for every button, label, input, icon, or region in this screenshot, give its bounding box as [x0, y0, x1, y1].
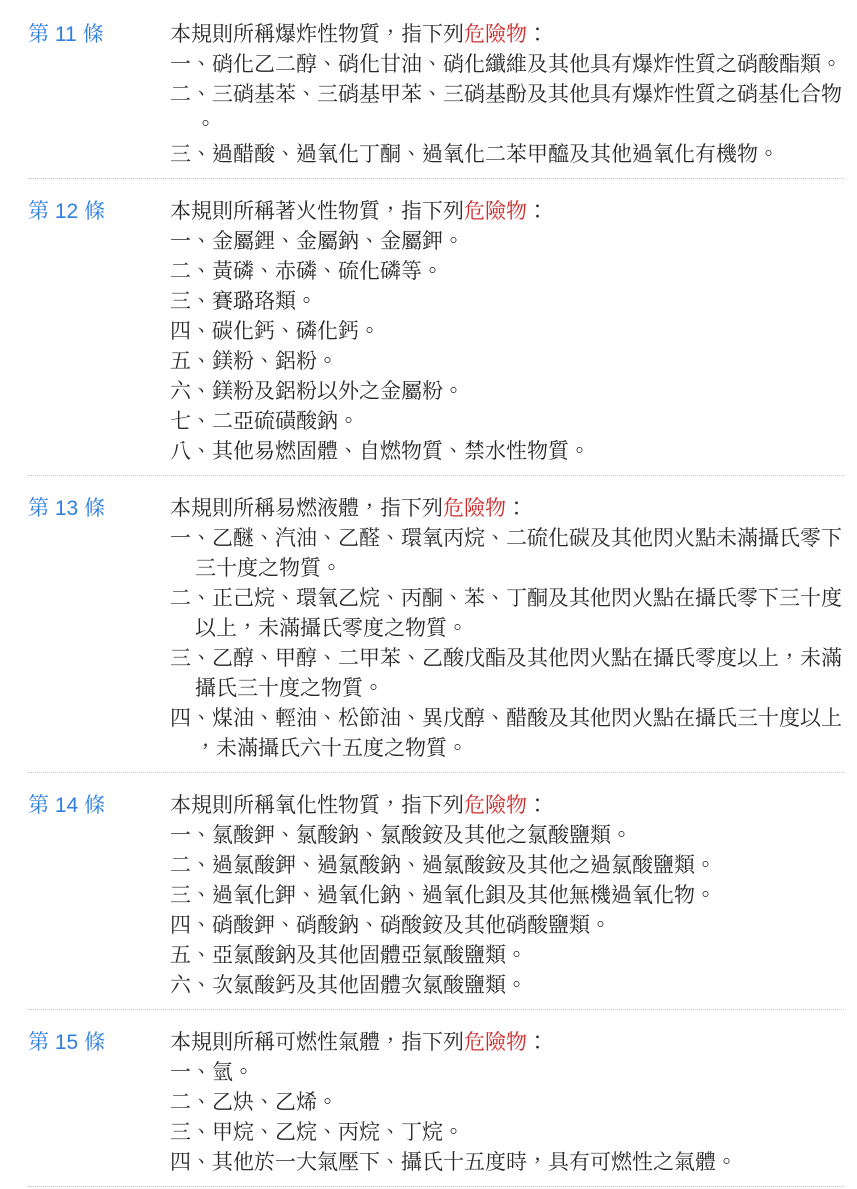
intro-suffix: ： [527, 794, 548, 817]
article-item: 三、甲烷、乙烷、丙烷、丁烷。 [170, 1118, 844, 1148]
article-row: 第 12 條 本規則所稱著火性物質，指下列危險物： 一、金屬鋰、金屬鈉、金屬鉀。… [28, 179, 844, 476]
article-intro: 本規則所稱可燃性氣體，指下列危險物： [170, 1028, 844, 1058]
article-intro: 本規則所稱著火性物質，指下列危險物： [170, 197, 844, 227]
article-item: 五、亞氯酸鈉及其他固體亞氯酸鹽類。 [170, 941, 844, 971]
article-intro: 本規則所稱易燃液體，指下列危險物： [170, 494, 844, 524]
article-item: 四、煤油、輕油、松節油、異戊醇、醋酸及其他閃火點在攝氏三十度以上 ，未滿攝氏六十… [170, 704, 844, 764]
article-item: 三、乙醇、甲醇、二甲苯、乙酸戊酯及其他閃火點在攝氏零度以上，未滿 攝氏三十度之物… [170, 644, 844, 704]
article-number-link[interactable]: 第 15 條 [28, 1028, 170, 1058]
article-items: 一、氯酸鉀、氯酸鈉、氯酸銨及其他之氯酸鹽類。二、過氯酸鉀、過氯酸鈉、過氯酸銨及其… [170, 821, 844, 1001]
article-number-link[interactable]: 第 11 條 [28, 20, 170, 50]
intro-suffix: ： [527, 1031, 548, 1054]
article-item: 三、過醋酸、過氧化丁酮、過氧化二苯甲醯及其他過氧化有機物。 [170, 140, 844, 170]
article-item: 二、黃磷、赤磷、硫化磷等。 [170, 257, 844, 287]
article-content: 本規則所稱可燃性氣體，指下列危險物： 一、氫。二、乙炔、乙烯。三、甲烷、乙烷、丙… [170, 1028, 844, 1178]
article-row: 第 14 條 本規則所稱氧化性物質，指下列危險物： 一、氯酸鉀、氯酸鈉、氯酸銨及… [28, 773, 844, 1010]
article-items: 一、乙醚、汽油、乙醛、環氧丙烷、二硫化碳及其他閃火點未滿攝氏零下 三十度之物質。… [170, 524, 844, 764]
article-item: 三、賽璐珞類。 [170, 287, 844, 317]
article-item: 七、二亞硫磺酸鈉。 [170, 407, 844, 437]
intro-suffix: ： [527, 200, 548, 223]
article-item: 三、過氧化鉀、過氧化鈉、過氧化鋇及其他無機過氧化物。 [170, 881, 844, 911]
intro-prefix: 本規則所稱氧化性物質，指下列 [170, 794, 464, 817]
article-intro: 本規則所稱爆炸性物質，指下列危險物： [170, 20, 844, 50]
intro-prefix: 本規則所稱著火性物質，指下列 [170, 200, 464, 223]
article-items: 一、氫。二、乙炔、乙烯。三、甲烷、乙烷、丙烷、丁烷。四、其他於一大氣壓下、攝氏十… [170, 1058, 844, 1178]
article-item: 八、其他易燃固體、自燃物質、禁水性物質。 [170, 437, 844, 467]
keyword-highlight: 危險物 [464, 23, 527, 46]
article-item: 六、次氯酸鈣及其他固體次氯酸鹽類。 [170, 971, 844, 1001]
article-item: 一、乙醚、汽油、乙醛、環氧丙烷、二硫化碳及其他閃火點未滿攝氏零下 三十度之物質。 [170, 524, 844, 584]
law-article-list: 第 11 條 本規則所稱爆炸性物質，指下列危險物： 一、硝化乙二醇、硝化甘油、硝… [0, 0, 857, 1187]
article-number-link[interactable]: 第 14 條 [28, 791, 170, 821]
intro-prefix: 本規則所稱易燃液體，指下列 [170, 497, 443, 520]
article-row: 第 15 條 本規則所稱可燃性氣體，指下列危險物： 一、氫。二、乙炔、乙烯。三、… [28, 1010, 844, 1187]
article-content: 本規則所稱易燃液體，指下列危險物： 一、乙醚、汽油、乙醛、環氧丙烷、二硫化碳及其… [170, 494, 844, 764]
article-item: 四、碳化鈣、磷化鈣。 [170, 317, 844, 347]
article-item: 六、鎂粉及鋁粉以外之金屬粉。 [170, 377, 844, 407]
article-item: 一、金屬鋰、金屬鈉、金屬鉀。 [170, 227, 844, 257]
article-content: 本規則所稱爆炸性物質，指下列危險物： 一、硝化乙二醇、硝化甘油、硝化纖維及其他具… [170, 20, 844, 170]
article-content: 本規則所稱著火性物質，指下列危險物： 一、金屬鋰、金屬鈉、金屬鉀。二、黃磷、赤磷… [170, 197, 844, 467]
article-content: 本規則所稱氧化性物質，指下列危險物： 一、氯酸鉀、氯酸鈉、氯酸銨及其他之氯酸鹽類… [170, 791, 844, 1001]
intro-prefix: 本規則所稱可燃性氣體，指下列 [170, 1031, 464, 1054]
article-item: 二、過氯酸鉀、過氯酸鈉、過氯酸銨及其他之過氯酸鹽類。 [170, 851, 844, 881]
keyword-highlight: 危險物 [443, 497, 506, 520]
article-items: 一、金屬鋰、金屬鈉、金屬鉀。二、黃磷、赤磷、硫化磷等。三、賽璐珞類。四、碳化鈣、… [170, 227, 844, 467]
intro-suffix: ： [527, 23, 548, 46]
article-item: 四、硝酸鉀、硝酸鈉、硝酸銨及其他硝酸鹽類。 [170, 911, 844, 941]
article-row: 第 11 條 本規則所稱爆炸性物質，指下列危險物： 一、硝化乙二醇、硝化甘油、硝… [28, 20, 844, 179]
article-item: 二、乙炔、乙烯。 [170, 1088, 844, 1118]
article-number-link[interactable]: 第 13 條 [28, 494, 170, 524]
intro-prefix: 本規則所稱爆炸性物質，指下列 [170, 23, 464, 46]
keyword-highlight: 危險物 [464, 794, 527, 817]
keyword-highlight: 危險物 [464, 200, 527, 223]
article-item: 一、氫。 [170, 1058, 844, 1088]
article-row: 第 13 條 本規則所稱易燃液體，指下列危險物： 一、乙醚、汽油、乙醛、環氧丙烷… [28, 476, 844, 773]
article-items: 一、硝化乙二醇、硝化甘油、硝化纖維及其他具有爆炸性質之硝酸酯類。二、三硝基苯、三… [170, 50, 844, 170]
article-item: 二、三硝基苯、三硝基甲苯、三硝基酚及其他具有爆炸性質之硝基化合物 。 [170, 80, 844, 140]
article-number-link[interactable]: 第 12 條 [28, 197, 170, 227]
article-item: 四、其他於一大氣壓下、攝氏十五度時，具有可燃性之氣體。 [170, 1148, 844, 1178]
article-item: 一、硝化乙二醇、硝化甘油、硝化纖維及其他具有爆炸性質之硝酸酯類。 [170, 50, 844, 80]
intro-suffix: ： [506, 497, 527, 520]
article-item: 二、正己烷、環氧乙烷、丙酮、苯、丁酮及其他閃火點在攝氏零下三十度 以上，未滿攝氏… [170, 584, 844, 644]
article-item: 一、氯酸鉀、氯酸鈉、氯酸銨及其他之氯酸鹽類。 [170, 821, 844, 851]
article-intro: 本規則所稱氧化性物質，指下列危險物： [170, 791, 844, 821]
article-item: 五、鎂粉、鋁粉。 [170, 347, 844, 377]
keyword-highlight: 危險物 [464, 1031, 527, 1054]
